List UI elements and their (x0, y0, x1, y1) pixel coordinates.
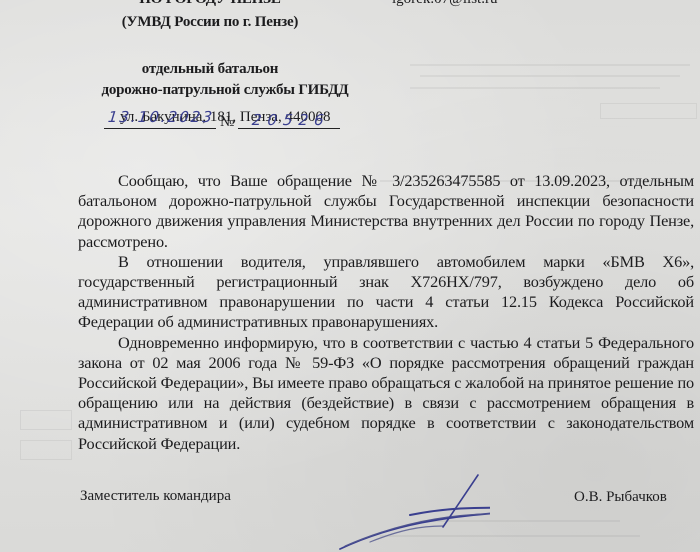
registration-date: 13.10.2023 (107, 108, 215, 126)
date-underline (104, 128, 216, 129)
bleed-through-boxes (20, 440, 72, 460)
paragraph-appeal-rights: Одновременно информирую, что в соответст… (78, 333, 694, 454)
bleed-through-mark (410, 87, 660, 89)
number-sign: № (220, 114, 234, 131)
handwritten-signature (250, 470, 490, 552)
signer-name: О.В. Рыбачков (574, 489, 667, 506)
agency-short-name: (УМВД России по г. Пензе) (95, 14, 325, 31)
recipient-email: igorek.07@list.ru (392, 0, 497, 8)
number-underline (238, 128, 340, 129)
bleed-through-boxes (600, 103, 697, 119)
paragraph-case-opened: В отношении водителя, управлявшего автом… (78, 252, 694, 333)
paragraph-review-result: Сообщаю, что Ваше обращение № 3/23526347… (78, 171, 694, 252)
signer-role: Заместитель командира (80, 488, 231, 505)
unit-name-line2: дорожно-патрульной службы ГИБДД (95, 82, 355, 99)
letter-body: Сообщаю, что Ваше обращение № 3/23526347… (78, 171, 694, 454)
bleed-through-mark (420, 75, 680, 77)
registration-number: 20526 (251, 111, 331, 129)
unit-name-line1: отдельный батальон (95, 61, 325, 78)
document-page: ПО ГОРОДУ ПЕНЗЕ (УМВД России по г. Пензе… (0, 0, 700, 552)
bleed-through-boxes (20, 410, 72, 430)
bleed-through-mark (410, 64, 690, 66)
agency-name-cut: ПО ГОРОДУ ПЕНЗЕ (95, 0, 325, 8)
